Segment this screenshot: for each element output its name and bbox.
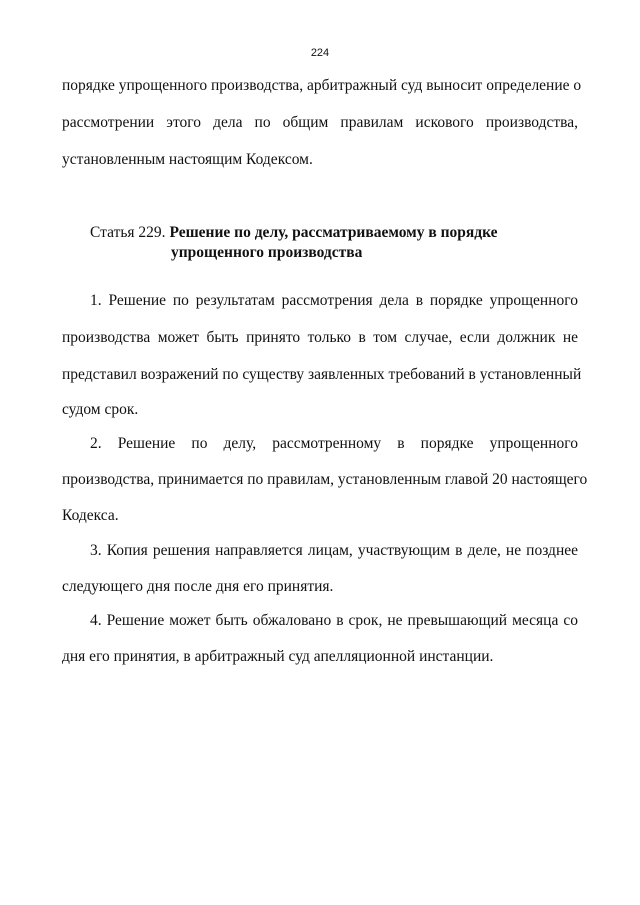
text-line: 2. Решение по делу, рассмотренному в пор… xyxy=(90,435,578,453)
text-line: представил возражений по существу заявле… xyxy=(62,366,578,384)
text-line: 3. Копия решения направляется лицам, уча… xyxy=(90,542,578,560)
text-line: судом срок. xyxy=(62,401,578,419)
text-line: производства может быть принято только в… xyxy=(62,329,578,347)
article-title: Решение по делу, рассматриваемому в поря… xyxy=(169,224,497,241)
text-line: следующего дня после дня его принятия. xyxy=(62,578,578,596)
text-line: дня его принятия, в арбитражный суд апел… xyxy=(62,648,578,666)
article-label: Статья 229. xyxy=(90,224,166,241)
article-title-cont: упрощенного производства xyxy=(171,244,362,262)
text-line: 4. Решение может быть обжаловано в срок,… xyxy=(90,612,578,630)
text-line: порядке упрощенного производства, арбитр… xyxy=(62,77,578,95)
text-line: Кодекса. xyxy=(62,507,578,525)
text-line: рассмотрении этого дела по общим правила… xyxy=(62,114,578,132)
text-line: 1. Решение по результатам рассмотрения д… xyxy=(90,292,578,310)
page-number: 224 xyxy=(0,47,640,59)
text-line: производства, принимается по правилам, у… xyxy=(62,471,578,489)
text-line: установленным настоящим Кодексом. xyxy=(62,151,578,169)
